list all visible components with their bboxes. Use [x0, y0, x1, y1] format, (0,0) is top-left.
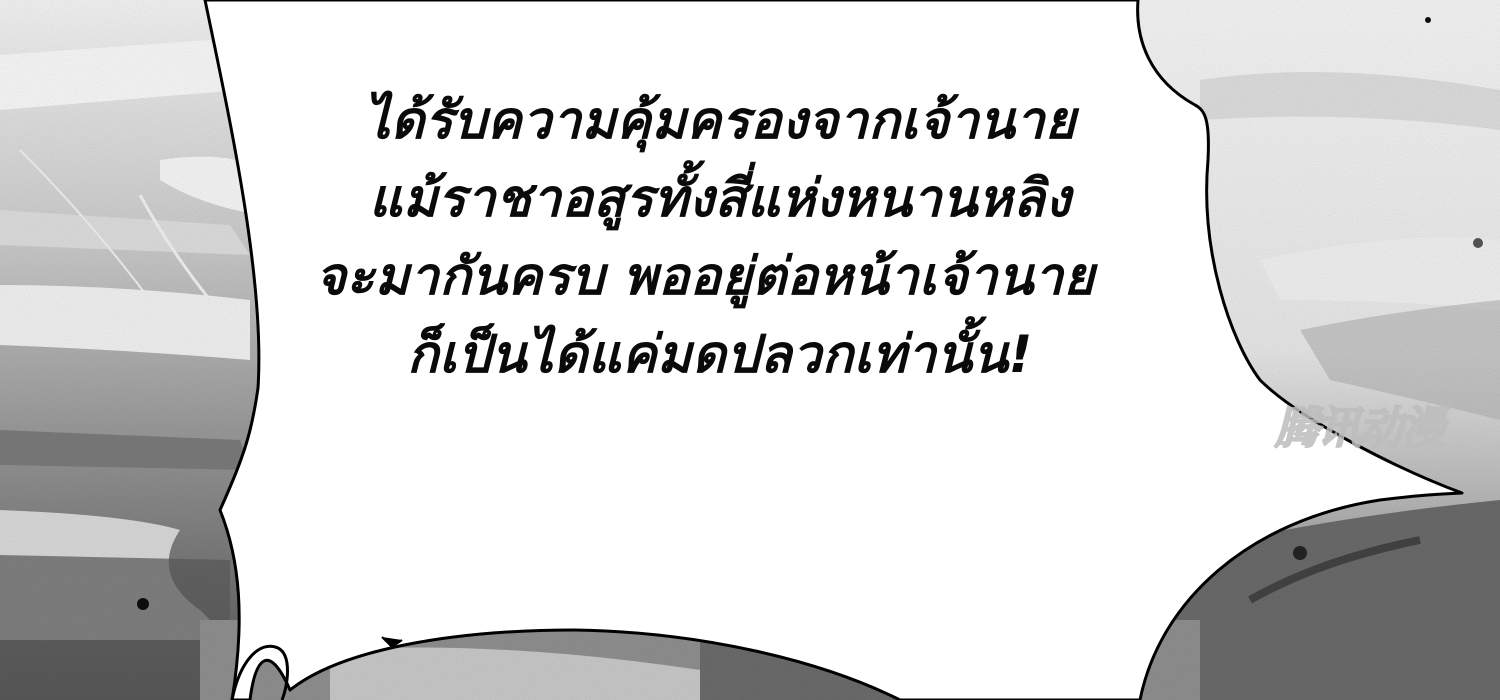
- dialogue-line-4: ก็เป็นได้แค่มดปลวกเท่านั้น!: [280, 316, 1160, 394]
- dialogue-line-3: จะมากันครบ พออยู่ต่อหน้าเจ้านาย: [250, 238, 1160, 316]
- speech-bubble-text: ได้รับความคุ้มครองจากเจ้านาย แม้ราชาอสูร…: [280, 82, 1160, 394]
- watermark-text: 腾讯动漫: [1275, 392, 1443, 456]
- dialogue-line-2: แม้ราชาอสูรทั้งสี่แห่งหนานหลิง: [280, 160, 1160, 238]
- dialogue-line-1: ได้รับความคุ้มครองจากเจ้านาย: [280, 82, 1160, 160]
- publisher-watermark: 腾讯动漫: [1243, 393, 1475, 455]
